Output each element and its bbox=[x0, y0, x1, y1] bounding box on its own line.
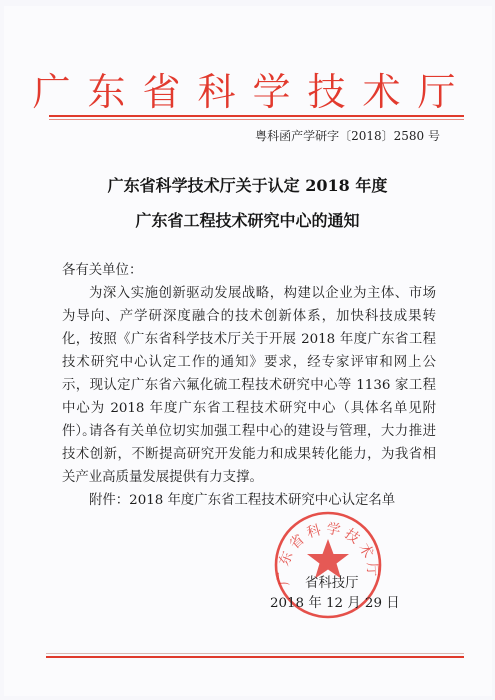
signer: 省科技厅 bbox=[305, 574, 359, 594]
footer-rule bbox=[46, 656, 464, 658]
document-title-line-1: 广东省科学技术厅关于认定 2018 年度 bbox=[0, 173, 495, 196]
masthead-rule-thin bbox=[49, 119, 464, 120]
masthead-rule bbox=[49, 115, 464, 117]
footer-rule-thin bbox=[46, 653, 464, 654]
signature-date: 2018 年 12 月 29 日 bbox=[270, 594, 400, 614]
body-paragraph-1: 为深入实施创新驱动发展战略，构建以企业为主体、市场为导向、产学研深度融合的技术创… bbox=[62, 282, 436, 443]
document-number: 粤科函产学研字〔2018〕2580 号 bbox=[255, 128, 440, 144]
document-title-line-2: 广东省工程技术研究中心的通知 bbox=[0, 208, 495, 231]
body-paragraph-2: 请各有关单位切实加强工程中心的建设与管理，大力推进技术创新，不断提高研究开发能力… bbox=[62, 420, 436, 489]
agency-masthead: 广东省科学技术厅 bbox=[0, 70, 495, 114]
salutation: 各有关单位： bbox=[62, 259, 436, 282]
